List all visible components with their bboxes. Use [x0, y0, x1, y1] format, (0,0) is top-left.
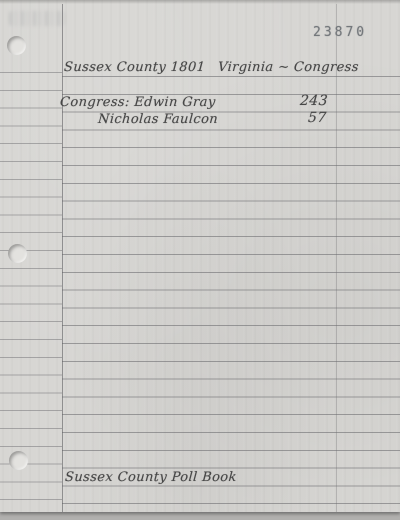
result-row-votes: 57 [308, 111, 328, 125]
stamp-number: 23870 [313, 25, 367, 40]
result-row-candidate: Nicholas Faulcon [98, 113, 219, 127]
hole-punch-bottom [9, 451, 28, 470]
footer-source-note: Sussex County Poll Book [65, 471, 238, 485]
bleed-through-mark [9, 11, 65, 26]
header-state-office: Virginia ~ Congress [218, 61, 360, 75]
left-margin-line [62, 4, 63, 512]
result-row-candidate: Congress: Edwin Gray [60, 96, 217, 110]
right-margin-line [336, 4, 337, 512]
ruled-lines [62, 76, 400, 505]
scan-backdrop: 23870 Sussex County 1801 Virginia ~ Cong… [0, 0, 400, 520]
notebook-page: 23870 Sussex County 1801 Virginia ~ Cong… [0, 0, 400, 512]
header-county-year: Sussex County 1801 [64, 61, 206, 75]
hole-punch-top [7, 36, 26, 55]
left-edge-ruled-lines [0, 72, 62, 501]
hole-punch-middle [8, 244, 27, 263]
result-row-votes: 243 [300, 94, 329, 108]
